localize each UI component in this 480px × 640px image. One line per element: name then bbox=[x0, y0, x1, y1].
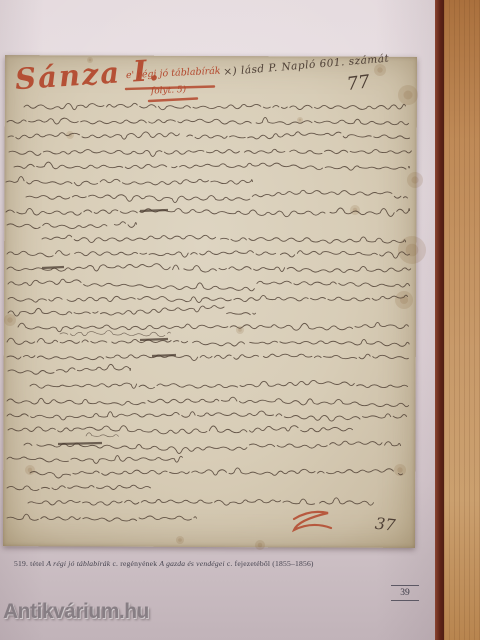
page-number: 39 bbox=[391, 585, 419, 601]
caption-part: 519. tétel bbox=[14, 559, 46, 568]
red-ink-continuation-note: folyt. 5) bbox=[151, 85, 187, 97]
corner-page-number: 37 bbox=[374, 514, 396, 535]
caption-part: c. regényének bbox=[110, 559, 159, 568]
caption-part: c. fejezetéből (1855–1856) bbox=[225, 559, 314, 568]
manuscript-photo: Sánza I. e' régi jó táblabírák folyt. 5)… bbox=[3, 55, 417, 548]
catalog-photo-scene: Sánza I. e' régi jó táblabírák folyt. 5)… bbox=[0, 0, 480, 640]
book-spine-shadow bbox=[435, 0, 444, 640]
caption-part: A gazda és vendégei bbox=[159, 559, 224, 568]
ink-folio-number: 77 bbox=[346, 71, 372, 95]
caption-part: A régi jó táblabírák bbox=[46, 559, 110, 568]
watermark: Antikvárium.hu bbox=[3, 600, 149, 624]
wood-table-background bbox=[444, 0, 480, 640]
caption: 519. tétel A régi jó táblabírák c. regén… bbox=[14, 559, 314, 568]
